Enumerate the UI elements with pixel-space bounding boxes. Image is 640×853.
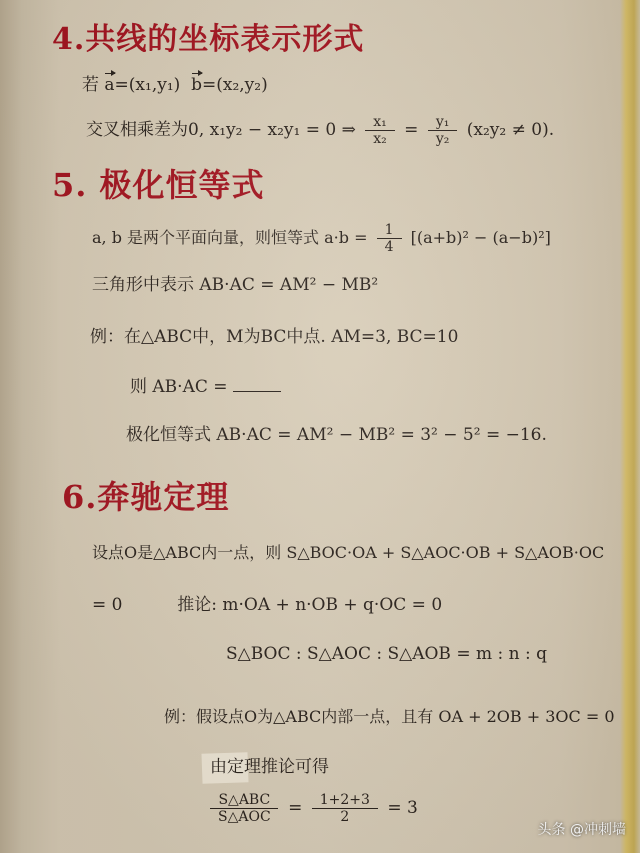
nonzero-condition: (x₂y₂ ≠ 0). [467, 120, 554, 140]
fraction-y: y₁ y₂ [428, 114, 458, 147]
section-5-title: 5. 极化恒等式 [52, 160, 265, 206]
coefficient-den: 2 [332, 809, 357, 825]
fraction-x-numerator: x₁ [365, 114, 395, 131]
cross-multiply-text: 交叉相乘差为0, x₁y₂ − x₂y₁ = 0 ⇒ [86, 120, 356, 140]
notebook-page: 4.共线的坐标表示形式 若 a=(x₁,y₁) b=(x₂,y₂) 交叉相乘差为… [0, 0, 640, 853]
text-if: 若 [82, 75, 99, 95]
vector-a-value: =(x₁,y₁) [115, 75, 181, 95]
polarization-formula: [(a+b)² − (a−b)²] [411, 228, 551, 247]
area-abc: S△ABC [210, 792, 278, 809]
area-ratio-fraction: S△ABC S△AOC [210, 792, 279, 825]
coefficient-fraction: 1+2+3 2 [312, 792, 378, 825]
answer-blank [233, 377, 281, 392]
section-4-title: 4.共线的坐标表示形式 [52, 14, 364, 58]
section-6-example: 例：假设点O为△ABC内部一点，且有 OA + 2OB + 3OC = 0 [164, 704, 615, 727]
quarter-numerator: 1 [377, 222, 402, 239]
section-5-solution: 极化恒等式 AB·AC = AM² − MB² = 3² − 5² = −16. [126, 420, 547, 445]
section-6-ratio: S△BOC : S△AOC : S△AOB = m : n : q [226, 644, 547, 664]
vector-b: b [191, 75, 202, 95]
section-6-line-1: 设点O是△ABC内一点，则 S△BOC·OA + S△AOC·OB + S△AO… [92, 540, 604, 563]
section-6-result: S△ABC S△AOC = 1+2+3 2 = 3 [206, 792, 418, 825]
vector-b-value: =(x₂,y₂) [202, 75, 268, 95]
question-text: 则 AB·AC = [130, 377, 228, 397]
section-6-line-2: = 0 推论: m·OA + n·OB + q·OC = 0 [92, 590, 442, 615]
section-5-example: 例：在△ABC中，M为BC中点. AM=3, BC=10 [90, 322, 458, 347]
fraction-x: x₁ x₂ [365, 114, 395, 147]
equals-sign: = [288, 798, 302, 818]
section-5-line-1: a, b 是两个平面向量，则恒等式 a·b = 1 4 [(a+b)² − (a… [92, 222, 551, 255]
section-4-line-1: 若 a=(x₁,y₁) b=(x₂,y₂) [82, 70, 268, 95]
coefficient-sum: 1+2+3 [312, 792, 378, 809]
zero-vector-result: = 0 [92, 595, 122, 615]
fraction-y-numerator: y₁ [428, 114, 458, 131]
quarter-denominator: 4 [377, 239, 402, 255]
result-value: = 3 [387, 798, 417, 818]
watermark: 头条 @冲刺墙 [538, 819, 626, 839]
equals-sign: = [404, 120, 418, 140]
section-6-title: 6.奔驰定理 [62, 472, 229, 518]
section-6-derive: 由定理推论可得 [210, 752, 329, 777]
fraction-x-denominator: x₂ [365, 131, 395, 147]
section-5-question: 则 AB·AC = [130, 372, 281, 397]
section-4-line-2: 交叉相乘差为0, x₁y₂ − x₂y₁ = 0 ⇒ x₁ x₂ = y₁ y₂… [86, 114, 554, 147]
area-aoc: S△AOC [210, 809, 279, 825]
section-5-line-2: 三角形中表示 AB·AC = AM² − MB² [92, 270, 378, 295]
polarization-statement: a, b 是两个平面向量，则恒等式 a·b = [92, 228, 368, 247]
fraction-quarter: 1 4 [377, 222, 402, 255]
vector-a: a [104, 75, 114, 95]
fraction-y-denominator: y₂ [428, 131, 458, 147]
corollary-text: 推论: m·OA + n·OB + q·OC = 0 [177, 595, 442, 615]
